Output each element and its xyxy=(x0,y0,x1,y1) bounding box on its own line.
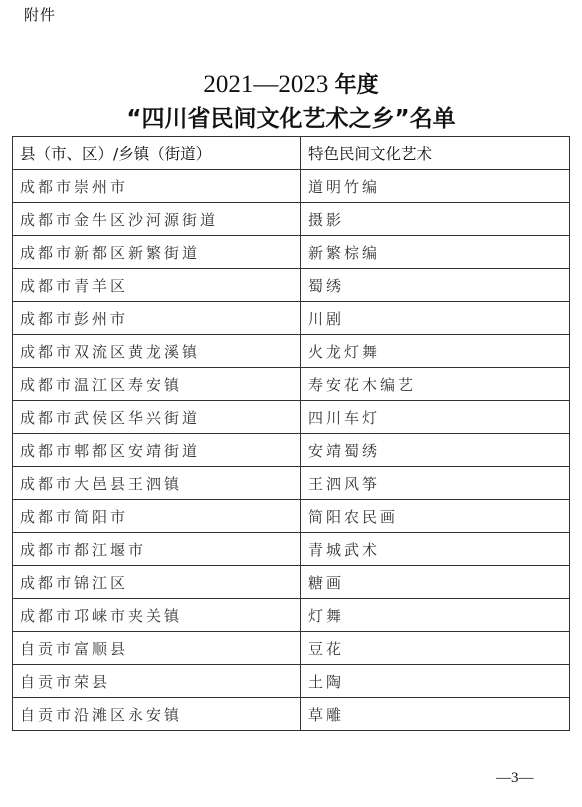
document-title: “四川省民间文化艺术之乡”名单 xyxy=(0,100,582,133)
cell-art-form: 豆花 xyxy=(301,632,570,665)
table-row: 自贡市沿滩区永安镇 草雕 xyxy=(13,698,570,731)
table-row: 成都市简阳市 简阳农民画 xyxy=(13,500,570,533)
cell-art-form: 简阳农民画 xyxy=(301,500,570,533)
cell-region: 成都市都江堰市 xyxy=(13,533,301,566)
cell-art-form: 糖画 xyxy=(301,566,570,599)
table-row: 成都市新都区新繁街道 新繁棕编 xyxy=(13,236,570,269)
attachment-label: 附件 xyxy=(24,4,56,25)
cell-region: 成都市郫都区安靖街道 xyxy=(13,434,301,467)
table-row: 成都市大邑县王泗镇 王泗风筝 xyxy=(13,467,570,500)
cell-region: 自贡市荣县 xyxy=(13,665,301,698)
table-row: 成都市青羊区 蜀绣 xyxy=(13,269,570,302)
cell-art-form: 新繁棕编 xyxy=(301,236,570,269)
table-row: 成都市崇州市 道明竹编 xyxy=(13,170,570,203)
cell-art-form: 寿安花木编艺 xyxy=(301,368,570,401)
page-number: —3— xyxy=(496,770,534,787)
cell-region: 成都市大邑县王泗镇 xyxy=(13,467,301,500)
title-years-suffix: 年度 xyxy=(335,73,379,98)
cell-art-form: 灯舞 xyxy=(301,599,570,632)
cell-region: 自贡市沿滩区永安镇 xyxy=(13,698,301,731)
table-header-row: 县（市、区）/乡镇（街道） 特色民间文化艺术 xyxy=(13,137,570,170)
cell-art-form: 蜀绣 xyxy=(301,269,570,302)
cell-art-form: 青城武术 xyxy=(301,533,570,566)
cell-art-form: 土陶 xyxy=(301,665,570,698)
table-row: 成都市彭州市 川剧 xyxy=(13,302,570,335)
cell-art-form: 道明竹编 xyxy=(301,170,570,203)
table-row: 成都市郫都区安靖街道 安靖蜀绣 xyxy=(13,434,570,467)
cell-region: 成都市锦江区 xyxy=(13,566,301,599)
cell-art-form: 川剧 xyxy=(301,302,570,335)
table-row: 成都市都江堰市 青城武术 xyxy=(13,533,570,566)
cell-art-form: 火龙灯舞 xyxy=(301,335,570,368)
title-years-range: 2021—2023 xyxy=(203,71,328,98)
header-region: 县（市、区）/乡镇（街道） xyxy=(13,137,301,170)
cell-region: 成都市金牛区沙河源街道 xyxy=(13,203,301,236)
table-row: 自贡市荣县 土陶 xyxy=(13,665,570,698)
table-row: 成都市武侯区华兴街道 四川车灯 xyxy=(13,401,570,434)
cell-region: 自贡市富顺县 xyxy=(13,632,301,665)
hometown-list-table: 县（市、区）/乡镇（街道） 特色民间文化艺术 成都市崇州市 道明竹编 成都市金牛… xyxy=(12,136,570,731)
cell-art-form: 王泗风筝 xyxy=(301,467,570,500)
header-art-form: 特色民间文化艺术 xyxy=(301,137,570,170)
cell-region: 成都市新都区新繁街道 xyxy=(13,236,301,269)
table-row: 成都市金牛区沙河源街道 摄影 xyxy=(13,203,570,236)
cell-region: 成都市双流区黄龙溪镇 xyxy=(13,335,301,368)
table-row: 成都市锦江区 糖画 xyxy=(13,566,570,599)
cell-region: 成都市邛崃市夹关镇 xyxy=(13,599,301,632)
cell-region: 成都市简阳市 xyxy=(13,500,301,533)
cell-region: 成都市彭州市 xyxy=(13,302,301,335)
cell-region: 成都市崇州市 xyxy=(13,170,301,203)
table-row: 成都市邛崃市夹关镇 灯舞 xyxy=(13,599,570,632)
cell-region: 成都市青羊区 xyxy=(13,269,301,302)
table-row: 成都市双流区黄龙溪镇 火龙灯舞 xyxy=(13,335,570,368)
cell-art-form: 四川车灯 xyxy=(301,401,570,434)
cell-art-form: 草雕 xyxy=(301,698,570,731)
cell-art-form: 安靖蜀绣 xyxy=(301,434,570,467)
title-years: 2021—2023 年度 xyxy=(0,68,582,99)
table-row: 成都市温江区寿安镇 寿安花木编艺 xyxy=(13,368,570,401)
table-row: 自贡市富顺县 豆花 xyxy=(13,632,570,665)
cell-art-form: 摄影 xyxy=(301,203,570,236)
cell-region: 成都市武侯区华兴街道 xyxy=(13,401,301,434)
cell-region: 成都市温江区寿安镇 xyxy=(13,368,301,401)
